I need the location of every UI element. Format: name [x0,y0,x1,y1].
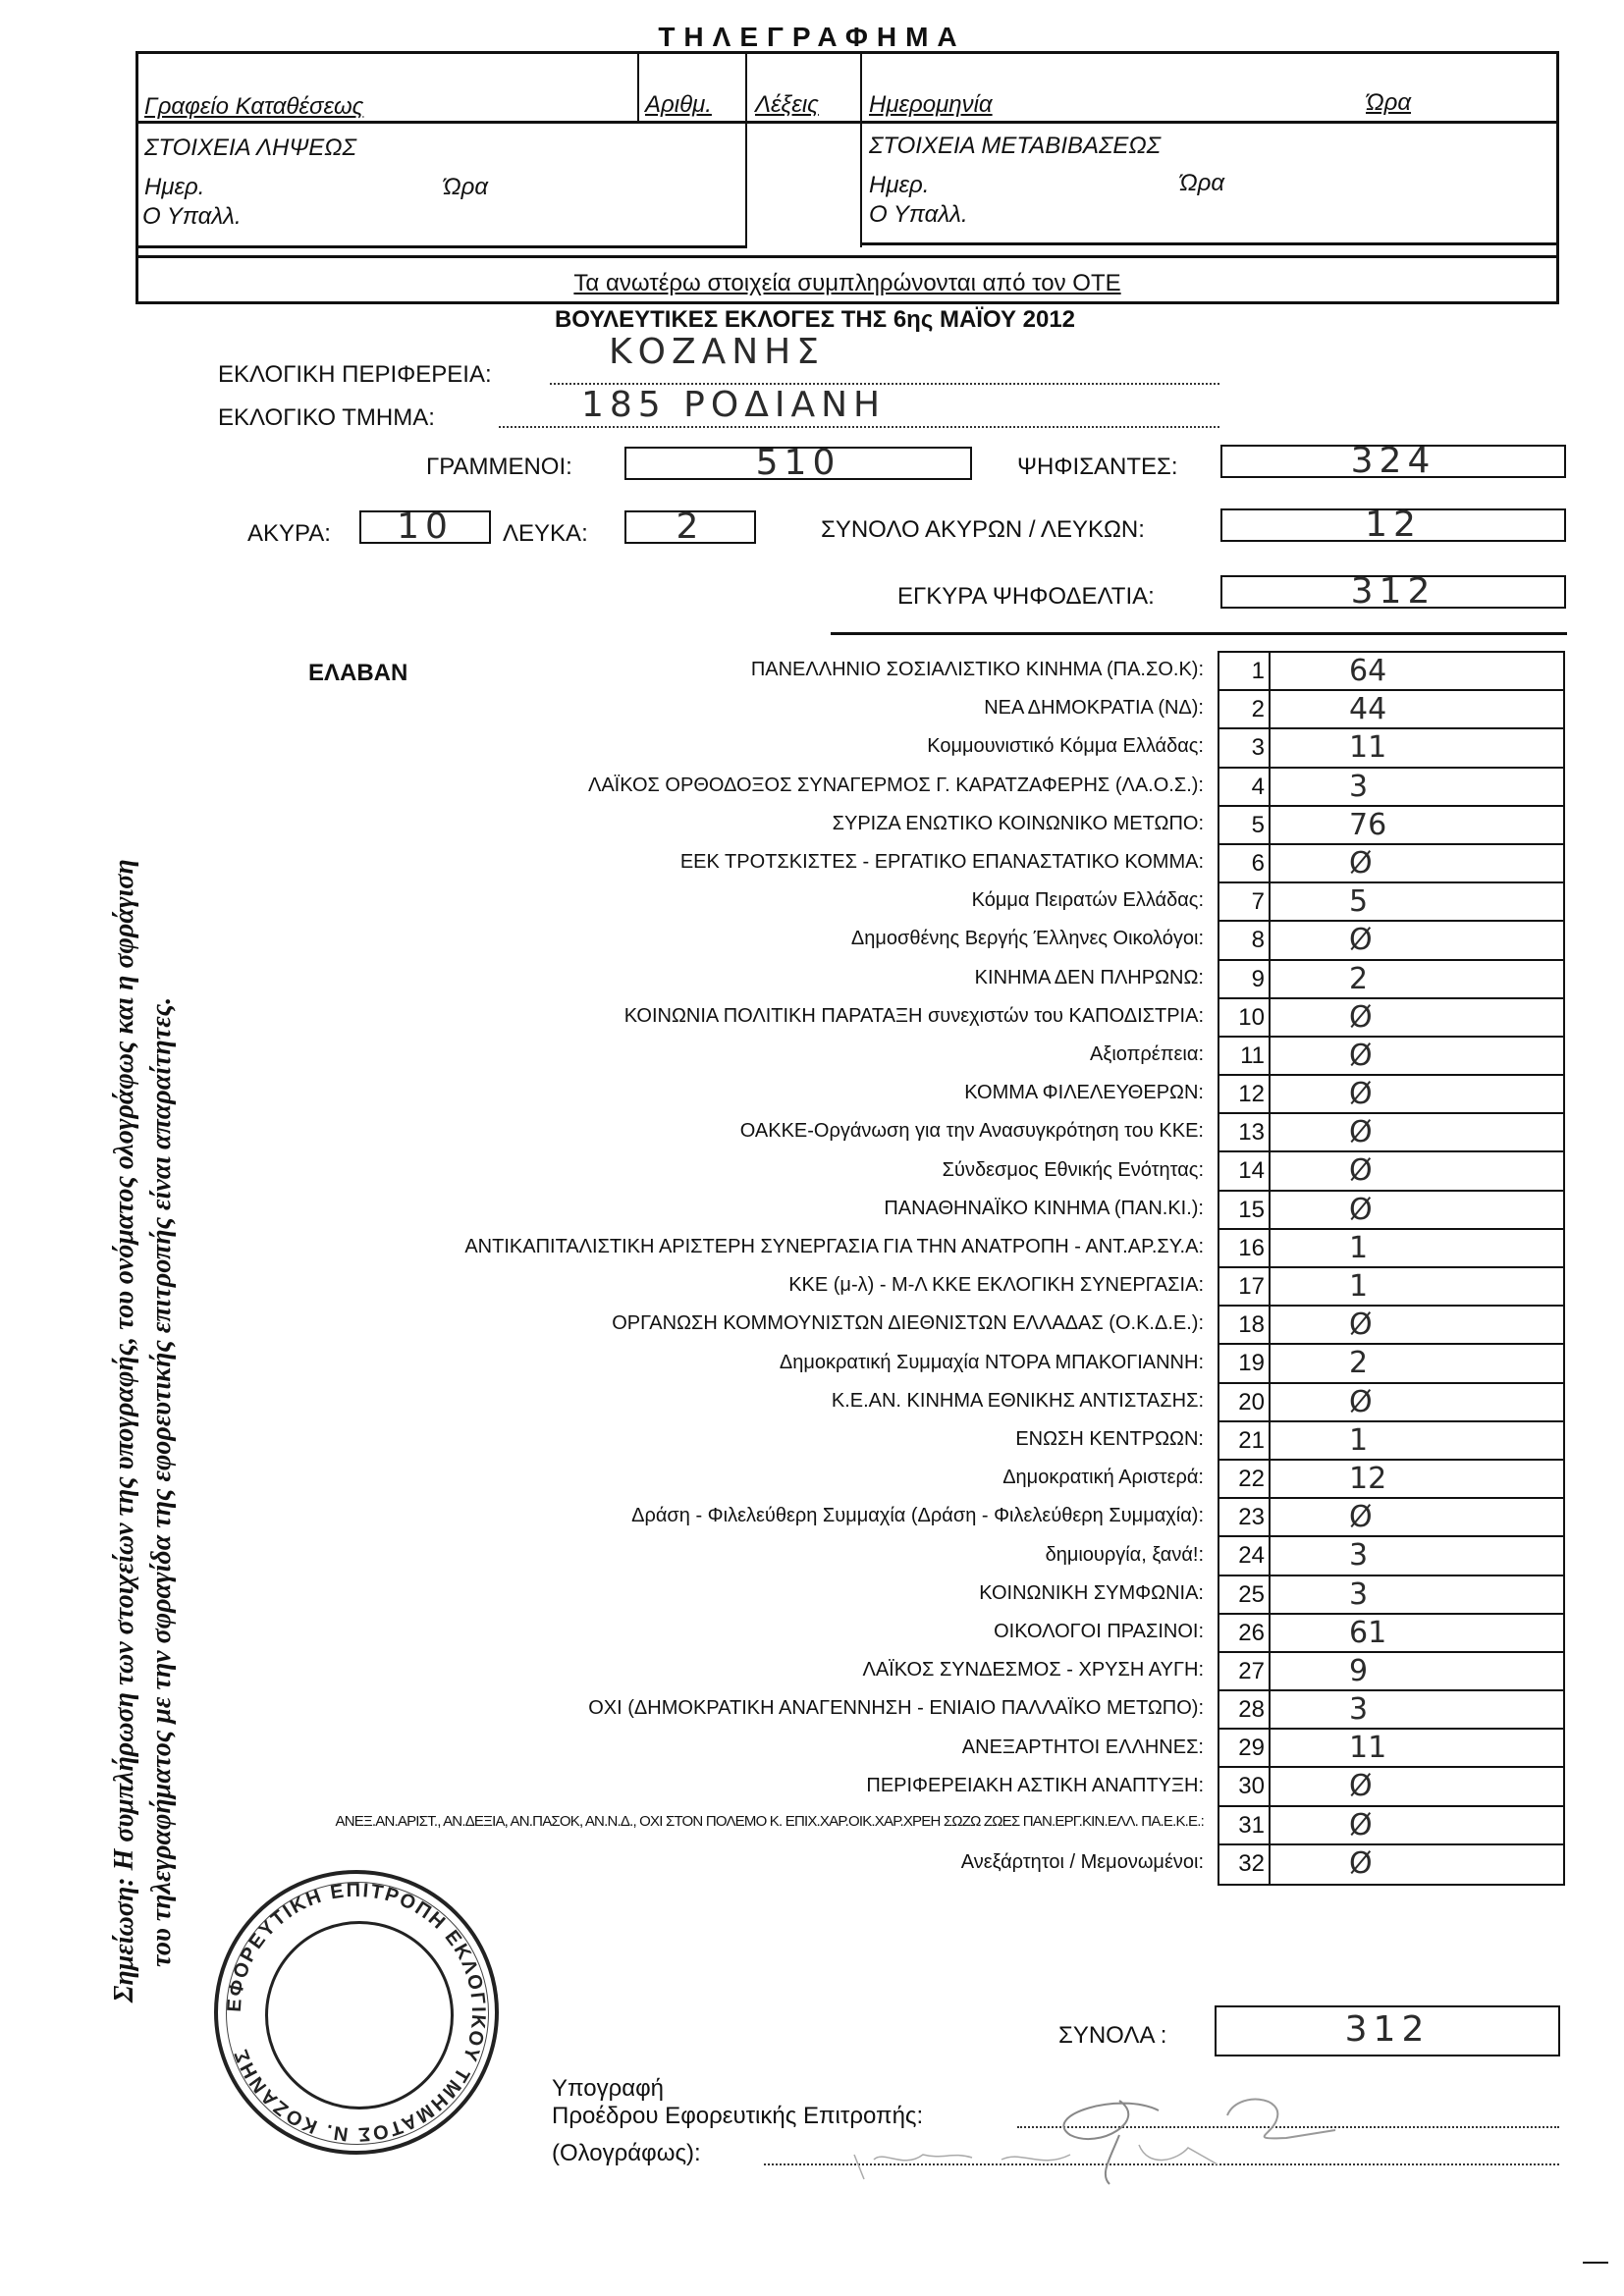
table-row: 23Ø [1219,1499,1563,1537]
registered-field[interactable]: 510 [624,447,972,480]
party-votes-field[interactable]: 44 [1271,691,1563,727]
valid-ballots-label: ΕΓΚΥΡΑ ΨΗΦΟΔΕΛΤΙΑ: [897,583,1155,611]
table-row: 13Ø [1219,1114,1563,1152]
divider [860,54,862,247]
table-row: 30Ø [1219,1768,1563,1806]
totals-field[interactable]: 312 [1215,2005,1560,2056]
party-number: 19 [1219,1345,1271,1381]
invalid-value: 10 [361,507,489,547]
party-name: ΟΡΓΑΝΩΣΗ ΚΟΜΜΟΥΝΙΣΤΩΝ ΔΙΕΘΝΙΣΤΩΝ ΕΛΛΑΔΑΣ… [612,1312,1204,1335]
party-number: 32 [1219,1845,1271,1884]
party-name: Κ.Ε.ΑΝ. ΚΙΝΗΜΑ ΕΘΝΙΚΗΣ ΑΝΤΙΣΤΑΣΗΣ: [832,1390,1204,1413]
side-note-line-2: του τηλεγραφήματος με την σφραγίδα της ε… [143,628,181,2002]
party-name: Ανεξάρτητοι / Μεμονωμένοι: [961,1851,1204,1874]
party-name: Δημοσθένης Βεργής Έλληνες Οικολόγοι: [851,928,1204,950]
party-votes-field[interactable]: 11 [1271,1730,1563,1766]
telegram-header-box: Γραφείο Καταθέσεως Αριθμ. Λέξεις Ημερομη… [135,51,1559,304]
party-name: ΚΚΕ (μ-λ) - Μ-Λ ΚΚΕ ΕΚΛΟΓΙΚΗ ΣΥΝΕΡΓΑΣΙΑ: [788,1274,1204,1297]
party-votes-field[interactable]: Ø [1271,1192,1563,1228]
party-votes-field[interactable]: 11 [1271,729,1563,766]
receipt-time-label: Ώρα [443,174,488,201]
party-votes-field[interactable]: 1 [1271,1230,1563,1266]
totals-label: ΣΥΝΟΛΑ : [1058,2022,1166,2050]
time-label: Ώρα [1366,89,1411,117]
party-number: 29 [1219,1730,1271,1766]
blank-value: 2 [626,507,754,547]
table-row: 244 [1219,691,1563,729]
date-label: Ημερομηνία [869,91,993,119]
party-name: ΟΑΚΚΕ-Οργάνωση για την Ανασυγκρότηση του… [740,1120,1204,1143]
table-row: 253 [1219,1576,1563,1615]
party-number: 30 [1219,1768,1271,1804]
party-votes-field[interactable]: Ø [1271,1114,1563,1150]
party-votes-field[interactable]: Ø [1271,1807,1563,1843]
table-row: 576 [1219,807,1563,845]
party-votes-field[interactable]: 3 [1271,1691,1563,1728]
side-note-line-1: Σημείωση: Η συμπλήρωση των στοιχείων της… [106,628,143,2002]
party-name: ΚΟΙΝΩΝΙΑ ΠΟΛΙΤΙΚΗ ΠΑΡΑΤΑΞΗ συνεχιστών το… [624,1005,1204,1028]
party-name: ΠΕΡΙΦΕΡΕΙΑΚΗ ΑΣΤΙΚΗ ΑΝΑΠΤΥΞΗ: [866,1775,1204,1797]
table-row: 283 [1219,1691,1563,1730]
registered-value: 510 [626,443,970,483]
party-number: 26 [1219,1615,1271,1651]
party-number: 11 [1219,1038,1271,1074]
party-number: 8 [1219,922,1271,958]
party-number: 28 [1219,1691,1271,1728]
party-votes-field[interactable]: 1 [1271,1422,1563,1459]
table-row: 164 [1219,653,1563,691]
party-votes-field[interactable]: 3 [1271,1576,1563,1613]
region-label: ΕΚΛΟΓΙΚΗ ΠΕΡΙΦΕΡΕΙΑ: [218,361,492,389]
party-name: ΚΟΙΝΩΝΙΚΗ ΣΥΜΦΩΝΙΑ: [979,1582,1204,1605]
party-number: 17 [1219,1268,1271,1305]
party-votes-field[interactable]: Ø [1271,1152,1563,1189]
table-row: 32Ø [1219,1845,1563,1884]
party-votes-field[interactable]: Ø [1271,1038,1563,1074]
party-number: 20 [1219,1384,1271,1420]
receipt-date-label: Ημερ. [144,174,204,201]
party-number: 27 [1219,1653,1271,1689]
party-votes-field[interactable]: 61 [1271,1615,1563,1651]
party-name: ΣΥΡΙΖΑ ΕΝΩΤΙΚΟ ΚΟΙΝΩΝΙΚΟ ΜΕΤΩΠΟ: [833,813,1204,835]
party-votes-field[interactable]: Ø [1271,845,1563,881]
party-name: ΕΕΚ ΤΡΟΤΣΚΙΣΤΕΣ - ΕΡΓΑΤΙΚΟ ΕΠΑΝΑΣΤΑΤΙΚΟ … [680,851,1204,874]
divider [138,255,1556,258]
totals-value: 312 [1217,2009,1558,2050]
scan-edge-mark [1583,2262,1608,2264]
party-number: 18 [1219,1307,1271,1343]
words-label: Λέξεις [755,91,819,119]
region-value[interactable]: ΚΟΖΑΝΗΣ [609,332,825,372]
divider [860,242,1556,245]
party-number: 7 [1219,883,1271,920]
receipt-heading: ΣΤΟΙΧΕΙΑ ΛΗΨΕΩΣ [144,134,356,162]
stamp-text-arc: ΕΦΟΡΕΥΤΙΚΗ ΕΠΙΤΡΟΠΗ ΕΚΛΟΓΙΚΟΥ ΤΜΗΜΑΤΟΣ Ν… [214,1870,499,2155]
divider [138,121,1556,124]
party-votes-field[interactable]: 5 [1271,883,1563,920]
party-votes-field[interactable]: 12 [1271,1461,1563,1497]
party-name: ΚΟΜΜΑ ΦΙΛΕΛΕΥΘΕΡΩΝ: [964,1082,1204,1104]
table-row: 10Ø [1219,999,1563,1038]
svg-text:ΕΦΟΡΕΥΤΙΚΗ ΕΠΙΤΡΟΠΗ ΕΚΛΟΓΙΚΟΥ: ΕΦΟΡΕΥΤΙΚΗ ΕΠΙΤΡΟΠΗ ΕΚΛΟΓΙΚΟΥ ΤΜΗΜΑΤΟΣ Ν… [224,1880,489,2145]
party-name: Δράση - Φιλελεύθερη Συμμαχία (Δράση - Φι… [631,1505,1204,1527]
section-value[interactable]: 185 ΡΟΔΙΑΝΗ [581,385,886,425]
party-name: ΟΧΙ (ΔΗΜΟΚΡΑΤΙΚΗ ΑΝΑΓΕΝΝΗΣΗ - ΕΝΙΑΙΟ ΠΑΛ… [588,1697,1204,1720]
table-row: 12Ø [1219,1076,1563,1114]
party-votes-field[interactable]: Ø [1271,1845,1563,1884]
party-number: 2 [1219,691,1271,727]
valid-ballots-value: 312 [1222,571,1564,612]
table-row: 18Ø [1219,1307,1563,1345]
table-row: 279 [1219,1653,1563,1691]
party-number: 13 [1219,1114,1271,1150]
party-number: 16 [1219,1230,1271,1266]
table-row: 43 [1219,769,1563,807]
table-row: 11Ø [1219,1038,1563,1076]
party-name: ΑΝΤΙΚΑΠΙΤΑΛΙΣΤΙΚΗ ΑΡΙΣΤΕΡΗ ΣΥΝΕΡΓΑΣΙΑ ΓΙ… [464,1236,1204,1258]
invalid-blank-total-field[interactable]: 12 [1220,508,1566,542]
party-votes-field[interactable]: Ø [1271,1768,1563,1804]
party-votes-field[interactable]: 2 [1271,1345,1563,1381]
table-row: 171 [1219,1268,1563,1307]
handwritten-signature [825,2061,1512,2189]
invalid-label: ΑΚΥΡΑ: [247,520,331,548]
party-number: 31 [1219,1807,1271,1843]
party-number: 1 [1219,653,1271,689]
table-row: 8Ø [1219,922,1563,960]
table-row: 211 [1219,1422,1563,1461]
office-label: Γραφείο Καταθέσεως [144,93,363,121]
election-committee-stamp: ΕΦΟΡΕΥΤΙΚΗ ΕΠΙΤΡΟΠΗ ΕΚΛΟΓΙΚΟΥ ΤΜΗΜΑΤΟΣ Ν… [214,1870,499,2155]
party-name: ΑΝΕΞ.ΑΝ.ΑΡΙΣΤ., ΑΝ.ΔΕΞΙΑ, ΑΝ.ΠΑΣΟΚ, ΑΝ.Ν… [336,1813,1205,1830]
blank-field[interactable]: 2 [624,510,756,544]
party-votes-field[interactable]: Ø [1271,999,1563,1036]
party-votes-field[interactable]: 64 [1271,653,1563,689]
party-number: 23 [1219,1499,1271,1535]
party-name: ΠΑΝΑΘΗΝΑΪΚΟ ΚΙΝΗΜΑ (ΠΑΝ.ΚΙ.): [884,1198,1204,1220]
transmission-date-label: Ημερ. [869,172,929,199]
table-row: 6Ø [1219,845,1563,883]
party-votes-field[interactable]: 3 [1271,1537,1563,1574]
table-row: 311 [1219,729,1563,768]
section-dotted-line [499,426,1219,428]
divider [745,54,747,247]
invalid-blank-total-label: ΣΥΝΟΛΟ ΑΚΥΡΩΝ / ΛΕΥΚΩΝ: [821,516,1145,544]
party-name: Δημοκρατική Αριστερά: [1002,1467,1204,1489]
table-row: 192 [1219,1345,1563,1383]
party-number: 6 [1219,845,1271,881]
results-heading: ΕΛΑΒΑΝ [308,660,407,687]
party-number: 22 [1219,1461,1271,1497]
party-votes-field[interactable]: 2 [1271,961,1563,997]
party-name: ΠΑΝΕΛΛΗΝΙΟ ΣΟΣΙΑΛΙΣΤΙΚΟ ΚΙΝΗΜΑ (ΠΑ.ΣΟ.Κ)… [751,659,1204,681]
table-row: 15Ø [1219,1192,1563,1230]
party-votes-field[interactable]: Ø [1271,1384,1563,1420]
transmission-clerk-label: Ο Υπαλλ. [869,201,968,229]
results-table: 164244311435766Ø758Ø9210Ø11Ø12Ø13Ø14Ø15Ø… [1218,651,1565,1886]
party-votes-field[interactable]: Ø [1271,1499,1563,1535]
party-number: 14 [1219,1152,1271,1189]
party-number: 4 [1219,769,1271,805]
table-row: 14Ø [1219,1152,1563,1191]
party-name: Αξιοπρέπεια: [1090,1043,1204,1066]
invalid-blank-total-value: 12 [1222,505,1564,545]
party-name: δημιουργία, ξανά!: [1046,1544,1204,1567]
blank-label: ΛΕΥΚΑ: [503,520,588,548]
divider [138,245,747,248]
fullname-label: (Ολογράφως): [552,2140,701,2167]
party-number: 15 [1219,1192,1271,1228]
party-number: 9 [1219,961,1271,997]
party-number: 3 [1219,729,1271,766]
party-name: ΝΕΑ ΔΗΜΟΚΡΑΤΙΑ (ΝΔ): [984,697,1204,720]
table-row: 243 [1219,1537,1563,1575]
table-row: 20Ø [1219,1384,1563,1422]
party-votes-field[interactable]: 1 [1271,1268,1563,1305]
party-name: Κόμμα Πειρατών Ελλάδας: [972,889,1204,912]
party-votes-field[interactable]: 76 [1271,807,1563,843]
number-label: Αριθμ. [645,91,712,119]
party-votes-field[interactable]: Ø [1271,922,1563,958]
party-votes-field[interactable]: 9 [1271,1653,1563,1689]
table-row: 75 [1219,883,1563,922]
table-row: 92 [1219,961,1563,999]
party-number: 24 [1219,1537,1271,1574]
party-number: 12 [1219,1076,1271,1112]
table-row: 2911 [1219,1730,1563,1768]
divider [637,54,639,123]
table-row: 31Ø [1219,1807,1563,1845]
voted-value: 324 [1222,441,1564,481]
party-number: 10 [1219,999,1271,1036]
separator-line [831,632,1567,635]
party-name: ΛΑΪΚΟΣ ΟΡΘΟΔΟΞΟΣ ΣΥΝΑΓΕΡΜΟΣ Γ. ΚΑΡΑΤΖΑΦΕ… [588,774,1204,797]
party-votes-field[interactable]: Ø [1271,1307,1563,1343]
party-name: ΕΝΩΣΗ ΚΕΝΤΡΩΩΝ: [1015,1428,1204,1451]
party-name: ΑΝΕΞΑΡΤΗΤΟΙ ΕΛΛΗΝΕΣ: [962,1736,1204,1759]
signature-label: Υπογραφή [552,2075,664,2103]
section-label: ΕΚΛΟΓΙΚΟ ΤΜΗΜΑ: [218,404,435,432]
voted-field[interactable]: 324 [1220,445,1566,478]
party-name: Κομμουνιστικό Κόμμα Ελλάδας: [927,735,1204,758]
side-note: Σημείωση: Η συμπλήρωση των στοιχείων της… [106,628,181,2002]
transmission-time-label: Ώρα [1179,170,1224,197]
table-row: 161 [1219,1230,1563,1268]
party-name: ΛΑΪΚΟΣ ΣΥΝΔΕΣΜΟΣ - ΧΡΥΣΗ ΑΥΓΗ: [862,1659,1204,1682]
party-name: Δημοκρατική Συμμαχία ΝΤΟΡΑ ΜΠΑΚΟΓΙΑΝΝΗ: [780,1352,1204,1374]
party-name: Σύνδεσμος Εθνικής Ενότητας: [943,1159,1204,1182]
party-name: ΚΙΝΗΜΑ ΔΕΝ ΠΛΗΡΩΝΩ: [975,967,1204,989]
voted-label: ΨΗΦΙΣΑΝΤΕΣ: [1017,454,1178,481]
registered-label: ΓΡΑΜΜΕΝΟΙ: [426,454,572,481]
party-number: 21 [1219,1422,1271,1459]
party-name: ΟΙΚΟΛΟΓΟΙ ΠΡΑΣΙΝΟΙ: [994,1621,1204,1643]
telegram-title: ΤΗΛΕΓΡΑΦΗΜΑ [0,22,1624,53]
party-number: 25 [1219,1576,1271,1613]
party-number: 5 [1219,807,1271,843]
table-row: 2661 [1219,1615,1563,1653]
valid-ballots-field[interactable]: 312 [1220,575,1566,609]
receipt-clerk-label: Ο Υπαλλ. [142,203,242,231]
party-votes-field[interactable]: Ø [1271,1076,1563,1112]
table-row: 2212 [1219,1461,1563,1499]
ote-footer-note: Τα ανωτέρω στοιχεία συμπληρώνονται από τ… [138,270,1556,297]
transmission-heading: ΣΤΟΙΧΕΙΑ ΜΕΤΑΒΙΒΑΣΕΩΣ [869,133,1161,160]
election-heading: ΒΟΥΛΕΥΤΙΚΕΣ ΕΚΛΟΓΕΣ ΤΗΣ 6ης ΜΑΪΟΥ 2012 [0,306,1624,334]
party-votes-field[interactable]: 3 [1271,769,1563,805]
invalid-field[interactable]: 10 [359,510,491,544]
